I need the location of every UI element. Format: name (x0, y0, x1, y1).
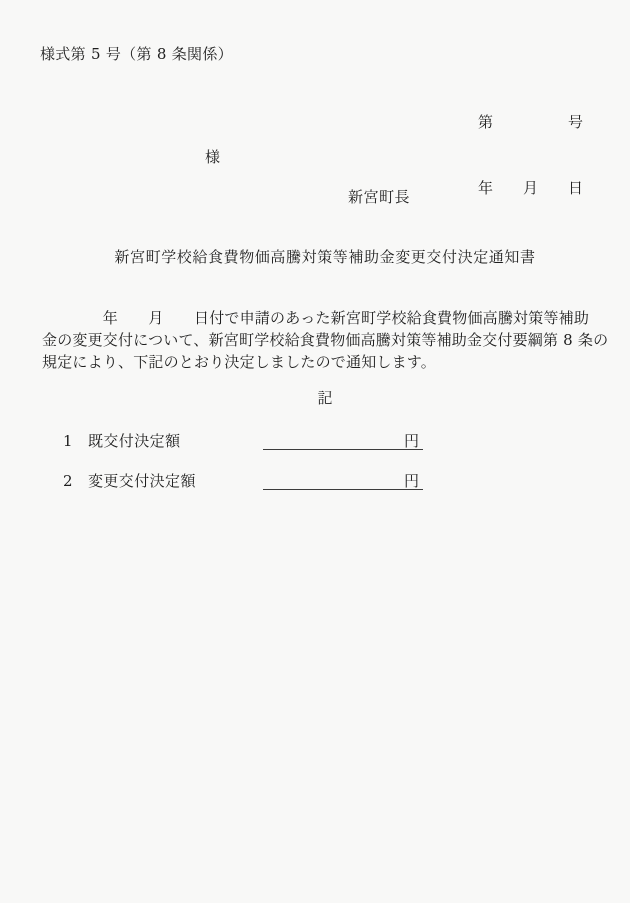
currency-unit-label: 円 (404, 472, 423, 490)
item-row: 2 変更交付決定額 円 (0, 473, 630, 490)
item-row: 1 既交付決定額 円 (0, 433, 630, 450)
document-page: 様式第 5 号（第 8 条関係） 第 号 年 月 日 様 新宮町長 新宮町学校給… (0, 0, 630, 903)
sender-name: 新宮町長 (348, 190, 410, 205)
item-label: 変更交付決定額 (88, 474, 196, 489)
item-number: 1 (63, 434, 73, 449)
doc-number-line: 第 号 (478, 111, 583, 133)
body-paragraph: 年 月 日付で申請のあった新宮町学校給食費物価高騰対策等補助 金の変更交付につい… (42, 307, 617, 373)
date-line: 年 月 日 (478, 177, 583, 199)
amount-blank-line: 円 (263, 433, 423, 450)
item-number: 2 (63, 474, 73, 489)
document-number-block: 第 号 年 月 日 (478, 67, 583, 243)
form-number-label: 様式第 5 号（第 8 条関係） (40, 47, 233, 62)
amount-blank-line: 円 (263, 473, 423, 490)
currency-unit-label: 円 (404, 432, 423, 450)
document-title: 新宮町学校給食費物価高騰対策等補助金変更交付決定通知書 (42, 250, 608, 265)
body-line: 年 月 日付で申請のあった新宮町学校給食費物価高騰対策等補助 (42, 307, 617, 329)
body-line: 規定により、下記のとおり決定しましたので通知します。 (42, 351, 617, 373)
body-line: 金の変更交付について、新宮町学校給食費物価高騰対策等補助金交付要綱第 8 条の (42, 329, 617, 351)
record-marker: 記 (42, 391, 608, 406)
addressee-suffix: 様 (205, 150, 220, 165)
item-label: 既交付決定額 (88, 434, 180, 449)
